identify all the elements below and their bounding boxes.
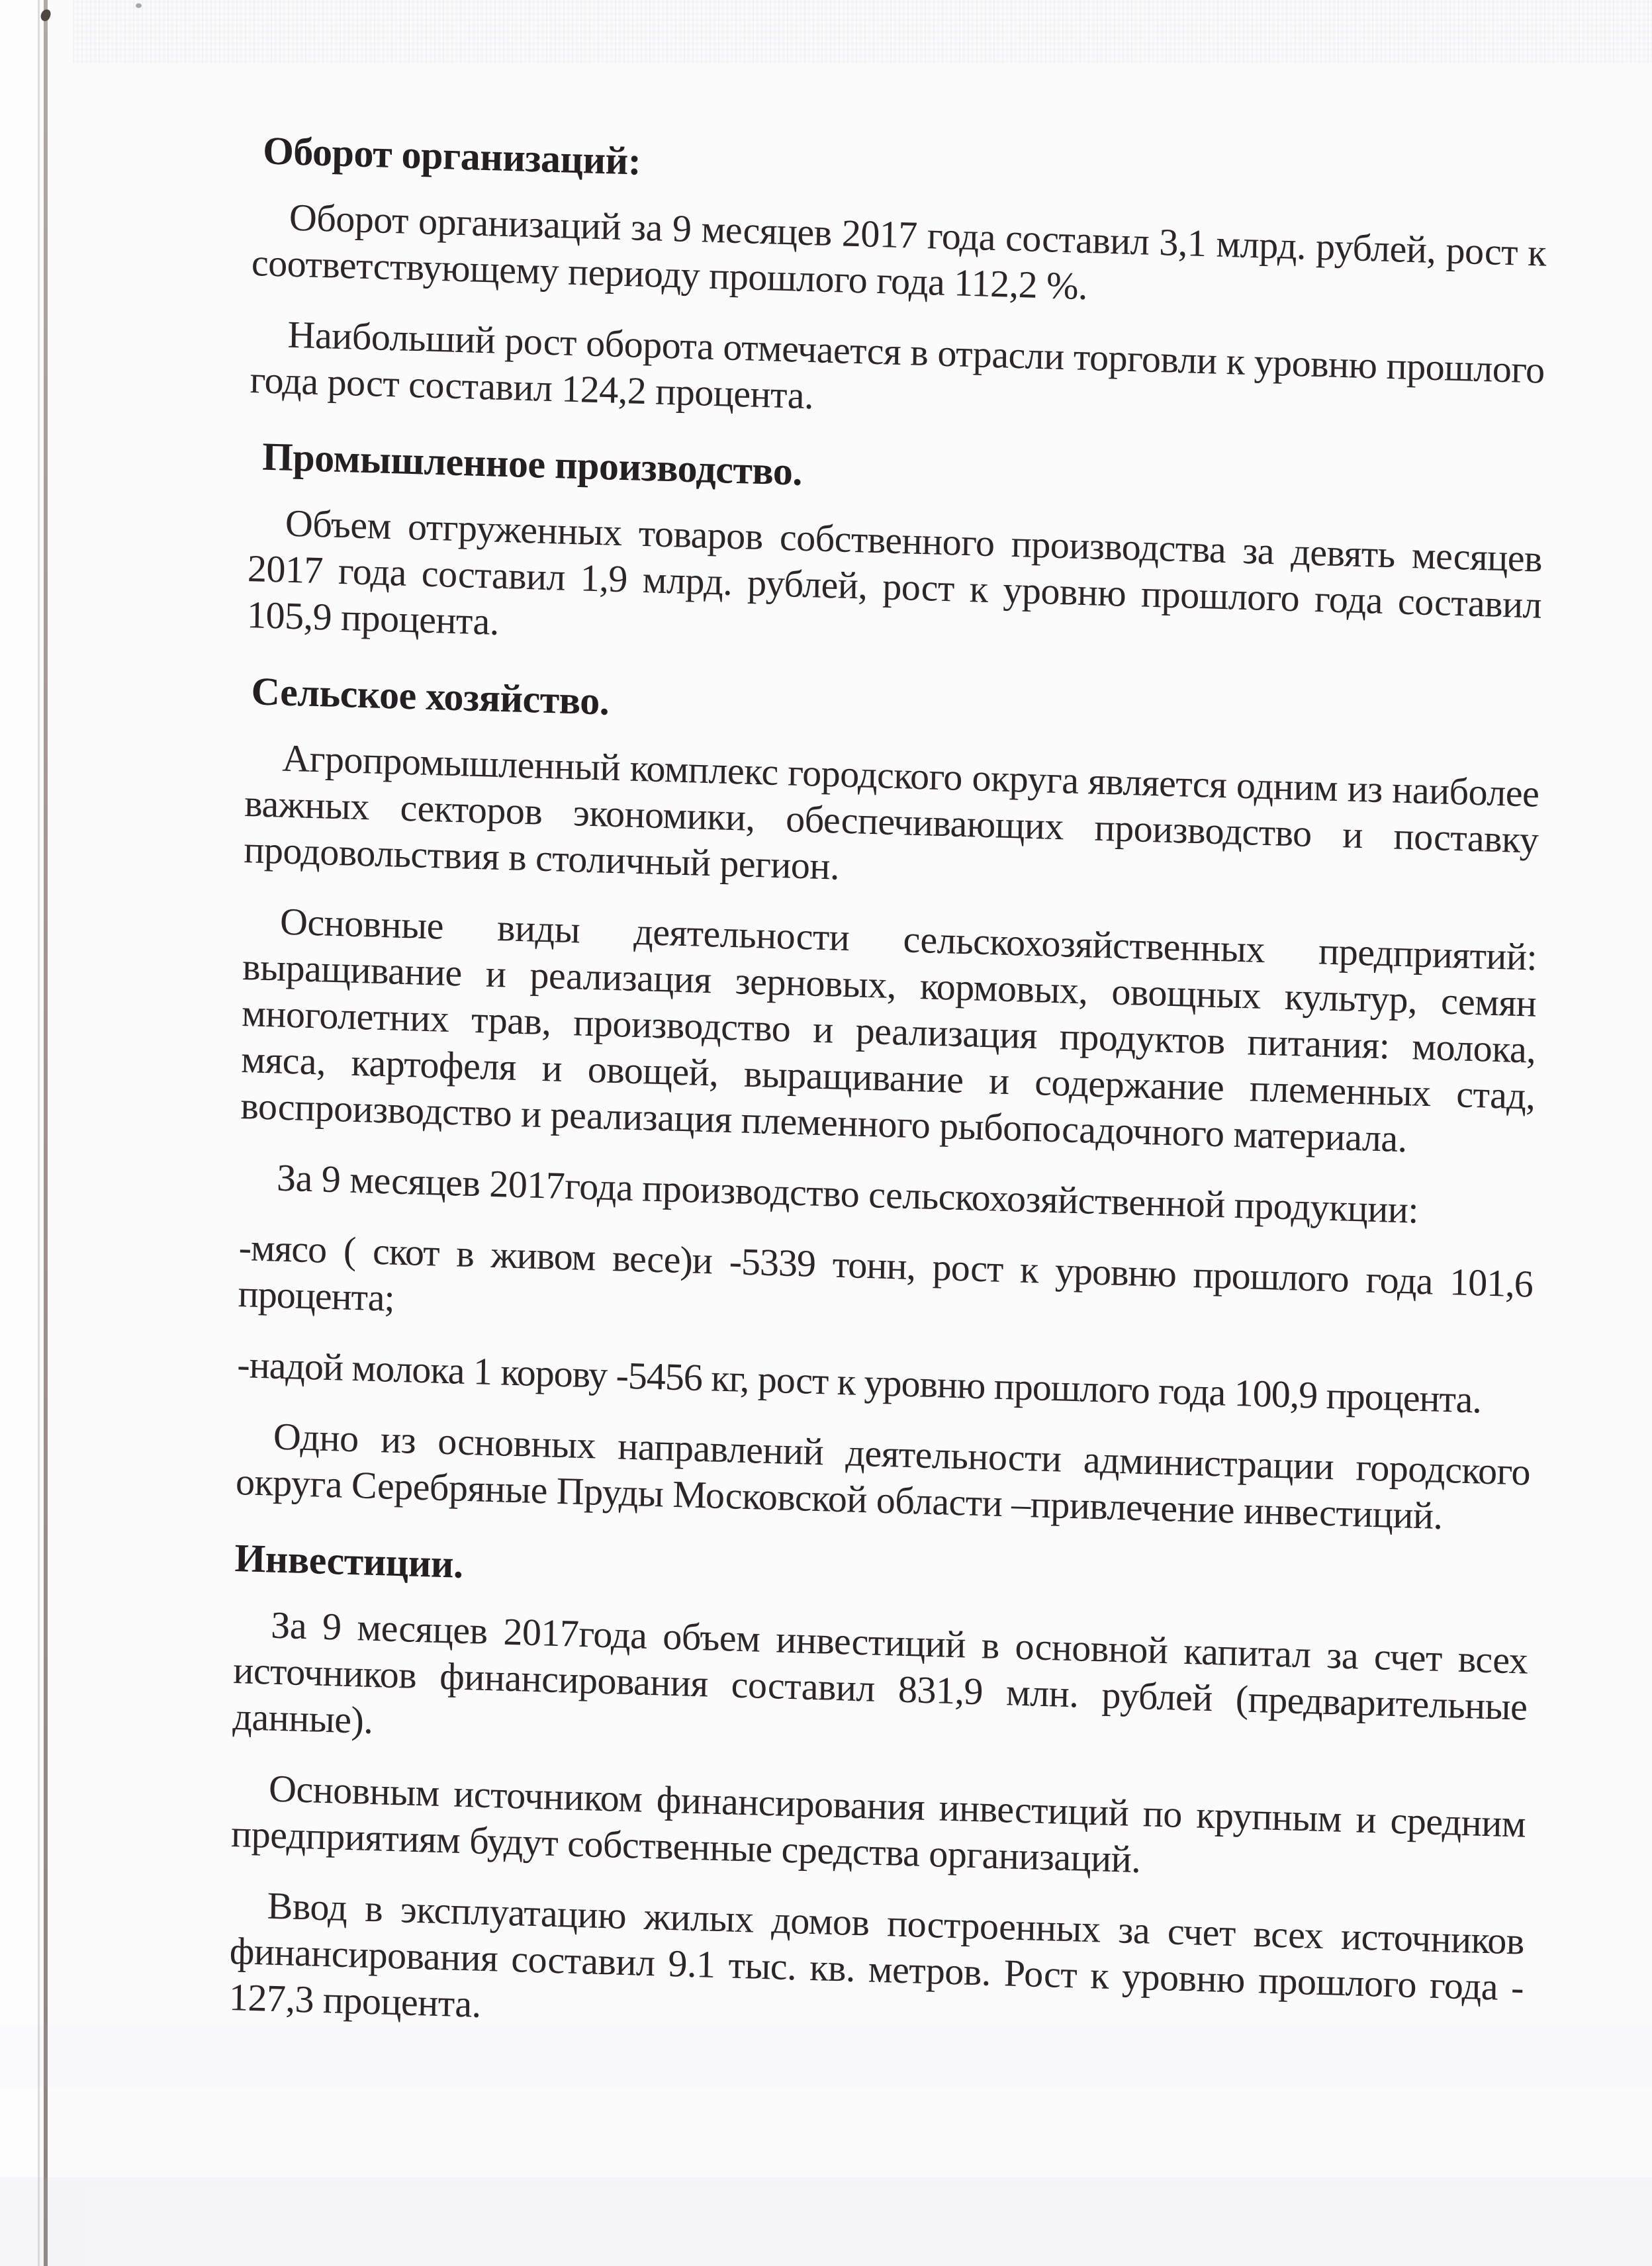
- doc-paragraph: За 9 месяцев 2017года производство сельс…: [240, 1154, 1534, 1237]
- scan-bleedthrough-noise: [73, 0, 1652, 63]
- doc-list-item-meat: -мясо ( скот в живом весе)и -5339 тонн, …: [238, 1224, 1533, 1354]
- scanned-page: { "document": { "blocks": [ { "type": "h…: [0, 0, 1652, 2266]
- section-heading-turnover: Оборот организаций:: [253, 127, 1547, 210]
- scan-shade-band: [0, 2177, 1652, 2266]
- doc-paragraph: Объем отгруженных товаров собственного п…: [247, 499, 1543, 675]
- doc-paragraph: Оборот организаций за 9 месяцев 2017 год…: [252, 193, 1547, 323]
- doc-list-item-milk: -надой молока 1 корову -5456 кг, рост к …: [237, 1341, 1532, 1425]
- scan-page-left-margin: [0, 0, 38, 2266]
- doc-paragraph: Наибольший рост оборота отмечается в отр…: [250, 310, 1545, 440]
- section-heading-investments: Инвестиции.: [234, 1535, 1529, 1618]
- doc-paragraph: За 9 месяцев 2017года объем инвестиций в…: [232, 1601, 1528, 1777]
- doc-paragraph: Агропромышленный комплекс городского окр…: [244, 734, 1539, 910]
- document-text: Оборот организаций: Оборот организаций з…: [228, 113, 1547, 2082]
- doc-paragraph: Основным источником финансирования инвес…: [231, 1764, 1526, 1894]
- doc-paragraph: Одно из основных направлений деятельност…: [236, 1412, 1531, 1542]
- doc-paragraph: Основные виды деятельности сельскохозяйс…: [240, 897, 1537, 1166]
- scan-speck: [136, 3, 142, 8]
- scan-speck: [40, 8, 52, 22]
- scan-page-edge-line-light: [38, 0, 40, 2266]
- section-heading-industry: Промышленное производство.: [249, 433, 1543, 516]
- section-heading-agriculture: Сельское хозяйство.: [246, 668, 1540, 751]
- scan-page-edge-line-dark: [44, 0, 48, 2266]
- doc-paragraph: Ввод в эксплуатацию жилых домов построен…: [229, 1881, 1525, 2058]
